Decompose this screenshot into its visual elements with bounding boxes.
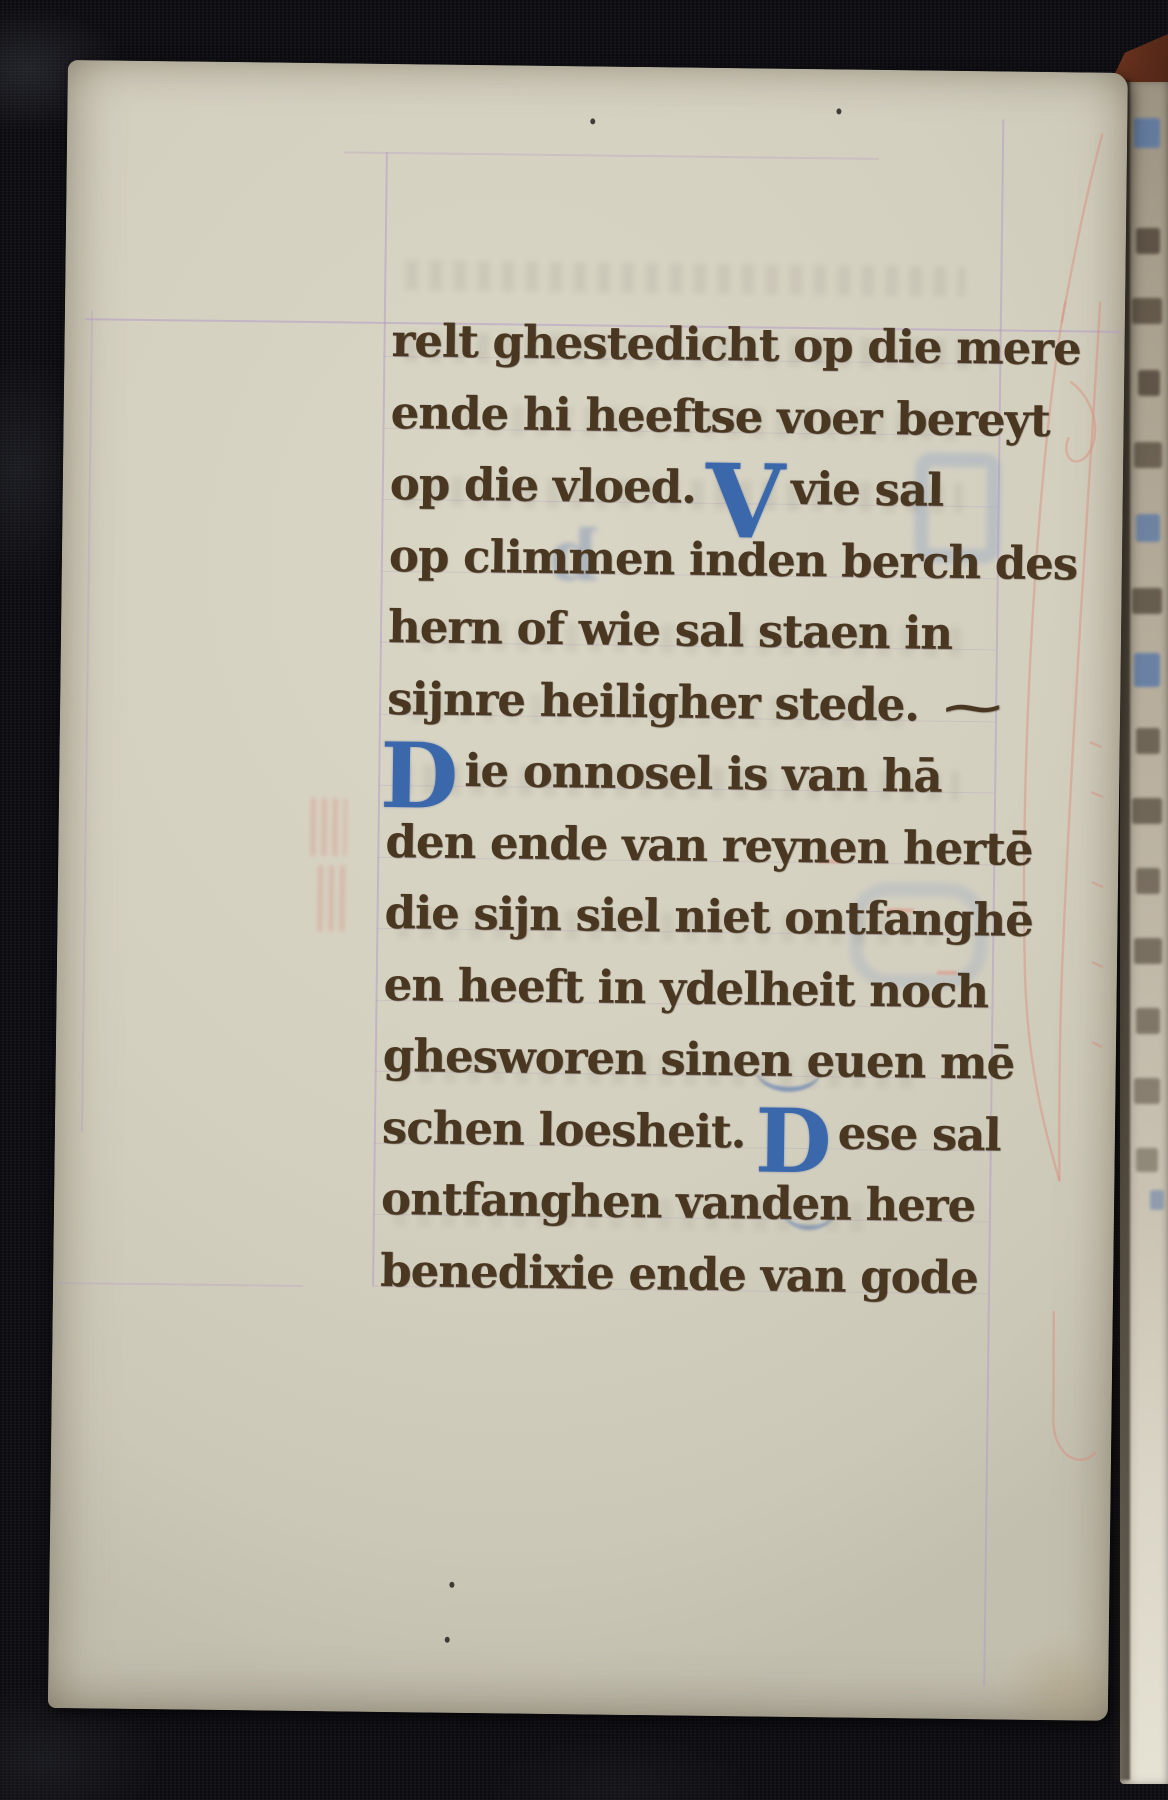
line-text: op die vloed. bbox=[390, 457, 697, 514]
line-text: die sijn siel niet ontfanghē bbox=[384, 886, 1033, 947]
line-filler: ~ bbox=[937, 679, 1006, 736]
line-text: ontfanghen vanden here bbox=[381, 1172, 976, 1232]
adjacent-leaf-text-fragment bbox=[1134, 442, 1162, 468]
ink-speck bbox=[836, 108, 841, 114]
adjacent-leaf-text-fragment bbox=[1134, 1078, 1160, 1104]
line-text: relt ghestedicht op die mere bbox=[391, 314, 1081, 375]
line-text: schen loesheit. bbox=[382, 1100, 746, 1157]
adjacent-leaf-text-fragment bbox=[1136, 1148, 1158, 1172]
adjacent-leaf-text-fragment bbox=[1132, 588, 1162, 614]
line-text: ghesworen sinen euen mē bbox=[383, 1029, 1015, 1090]
lombard-initial: V bbox=[705, 482, 785, 523]
line-text: en heeft in ydelheit noch bbox=[383, 957, 988, 1017]
manuscript-page: b relt ghestedicht op die mereende hi he… bbox=[48, 60, 1128, 1721]
adjacent-leaf-text-fragment bbox=[1150, 1190, 1164, 1210]
adjacent-leaf-text-fragment bbox=[1134, 653, 1160, 687]
line-text: sijnre heiligher stede. bbox=[387, 671, 919, 730]
lombard-initial: D bbox=[380, 756, 459, 797]
adjacent-leaf-text-fragment bbox=[1136, 514, 1160, 542]
adjacent-leaf-text-fragment bbox=[1136, 1008, 1160, 1034]
text-line: benedixie ende van gode bbox=[380, 1233, 1021, 1324]
line-text: ende hi heeftse voer bereyt bbox=[390, 385, 1049, 446]
adjacent-leaf-text-fragment bbox=[1138, 370, 1160, 396]
adjacent-leaf-text-fragment bbox=[1136, 868, 1160, 894]
adjacent-leaf-text-fragment bbox=[1132, 798, 1162, 824]
line-text: hern of wie sal staen in bbox=[388, 600, 953, 660]
text-block: relt ghestedicht op die mereende hi heef… bbox=[48, 60, 1128, 1721]
adjacent-leaf-text-fragment bbox=[1136, 728, 1160, 754]
adjacent-leaf-text-fragment bbox=[1134, 938, 1162, 964]
ink-speck bbox=[445, 1637, 450, 1643]
line-text: op climmen inden berch des bbox=[389, 528, 1078, 589]
ink-speck bbox=[449, 1582, 454, 1588]
adjacent-leaf-text-fragment bbox=[1132, 298, 1162, 324]
line-text: benedixie ende van gode bbox=[380, 1243, 978, 1303]
lombard-initial: D bbox=[755, 1120, 832, 1161]
line-text: ie onnosel is van hā bbox=[464, 744, 942, 803]
adjacent-leaf-text-fragment bbox=[1134, 118, 1160, 148]
photograph-scene: b relt ghestedicht op die mereende hi he… bbox=[0, 0, 1168, 1800]
line-text: vie sal bbox=[791, 462, 944, 517]
line-text: den ende van reynen hertē bbox=[385, 814, 1033, 875]
line-text: ese sal bbox=[837, 1106, 1000, 1161]
adjacent-leaf-text-fragment bbox=[1136, 228, 1160, 254]
ink-speck bbox=[590, 118, 595, 124]
